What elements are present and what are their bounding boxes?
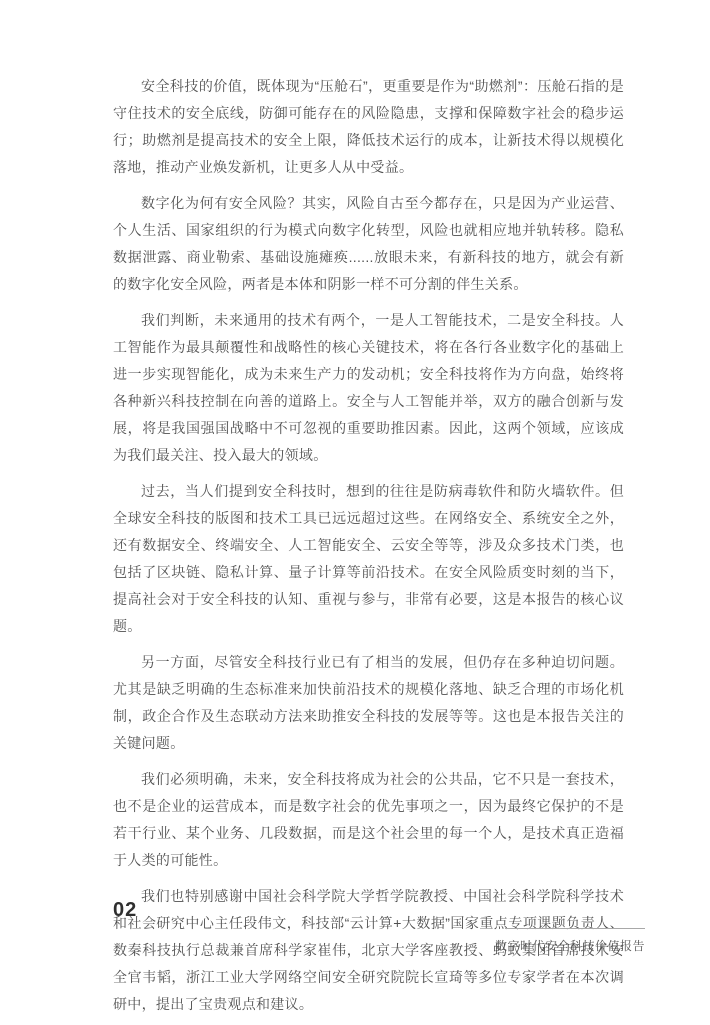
footer-report-title: 数字时代安全科技价值报告 <box>495 937 645 954</box>
footer-rule <box>505 928 645 929</box>
footer: 数字时代安全科技价值报告 <box>495 928 645 954</box>
body-paragraph-3: 我们判断，未来通用的技术有两个，一是人工智能技术，二是安全科技。人工智能作为最具… <box>113 307 624 469</box>
page-number: 02 <box>113 899 137 922</box>
body-paragraph-6: 我们必须明确，未来，安全科技将成为社会的公共品，它不只是一套技术，也不是企业的运… <box>113 766 624 874</box>
page-body-text: 安全科技的价值，既体现为“压舱石”，更重要是作为“助燃剂”：压舱石指的是守住技术… <box>113 73 624 1025</box>
body-paragraph-4: 过去，当人们提到安全科技时，想到的往往是防病毒软件和防火墙软件。但全球安全科技的… <box>113 478 624 640</box>
body-paragraph-2: 数字化为何有安全风险？其实，风险自古至今都存在，只是因为产业运营、个人生活、国家… <box>113 190 624 298</box>
body-paragraph-5: 另一方面，尽管安全科技行业已有了相当的发展，但仍存在多种迫切问题。尤其是缺乏明确… <box>113 649 624 757</box>
body-paragraph-1: 安全科技的价值，既体现为“压舱石”，更重要是作为“助燃剂”：压舱石指的是守住技术… <box>113 73 624 181</box>
report-page: 安全科技的价值，既体现为“压舱石”，更重要是作为“助燃剂”：压舱石指的是守住技术… <box>0 0 710 1025</box>
